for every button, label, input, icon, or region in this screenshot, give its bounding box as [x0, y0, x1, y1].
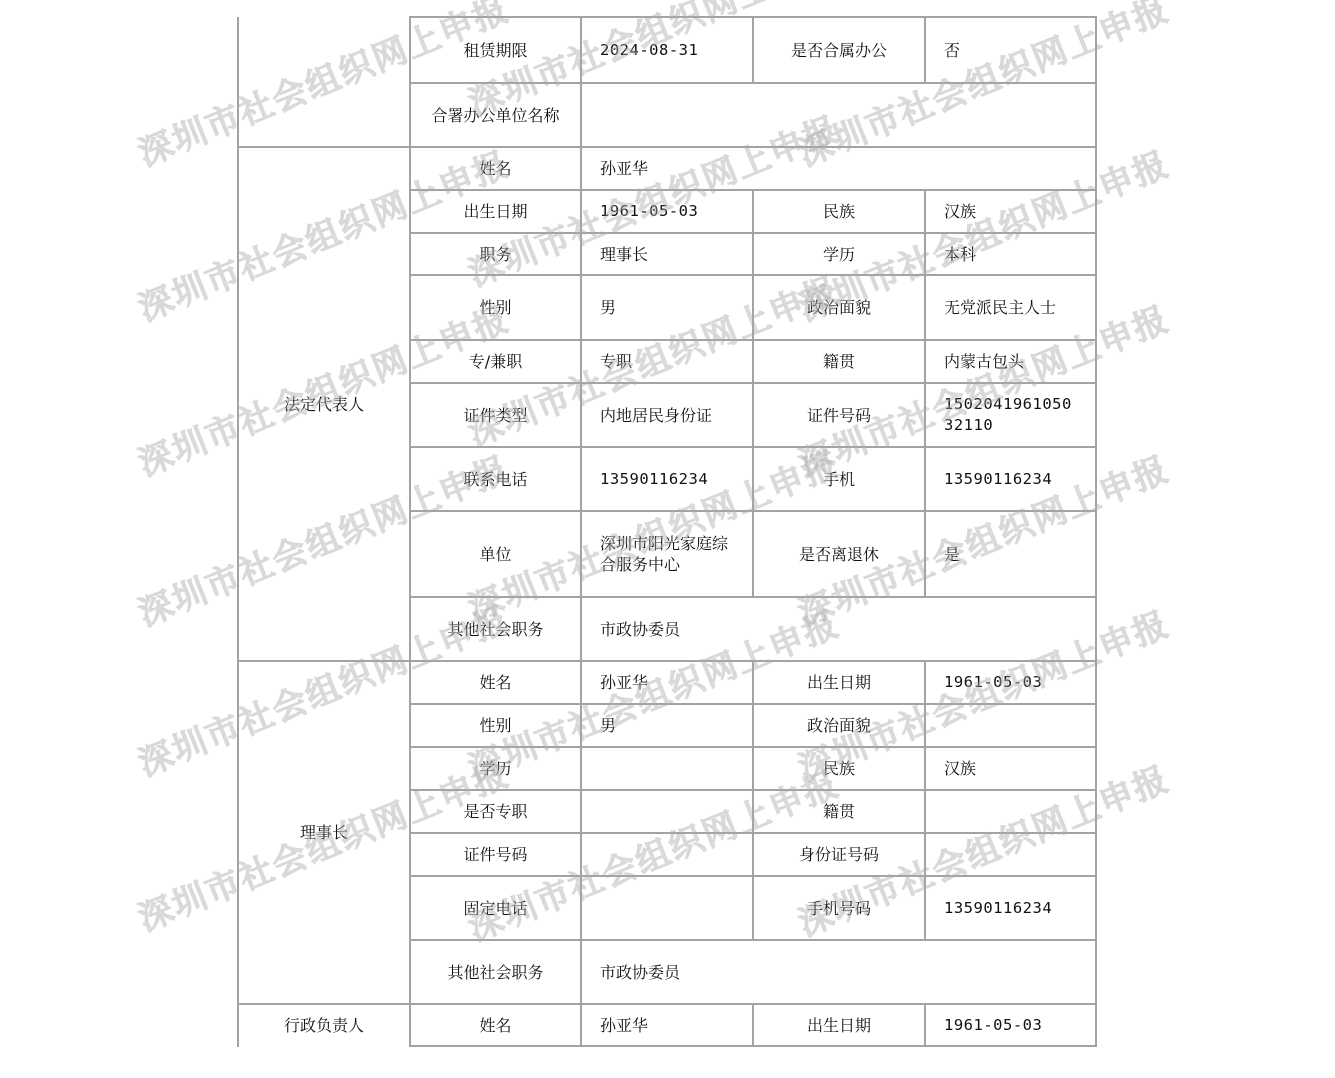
chairman-section-label: 理事长	[239, 662, 409, 1003]
chairman-cert-number-label: 证件号码	[411, 834, 580, 875]
legal-rep-fulltime-value: 专职	[582, 341, 752, 382]
chairman-ethnicity-label: 民族	[754, 748, 924, 789]
admin-head-name-value: 孙亚华	[582, 1005, 752, 1045]
legal-rep-birth-value: 1961-05-03	[582, 191, 752, 232]
chairman-origin-label: 籍贯	[754, 791, 924, 832]
admin-head-section-label: 行政负责人	[239, 1005, 409, 1045]
chairman-other-roles-value: 市政协委员	[582, 941, 1095, 1003]
chairman-origin-value	[926, 791, 1095, 832]
legal-rep-name-value: 孙亚华	[582, 148, 1095, 189]
chairman-name-value: 孙亚华	[582, 662, 752, 703]
table-row-divider	[409, 446, 1097, 448]
legal-rep-phone-value: 13590116234	[582, 448, 752, 510]
legal-rep-employer-label: 单位	[411, 512, 580, 596]
chairman-name-label: 姓名	[411, 662, 580, 703]
shared-unit-name-value	[582, 84, 1095, 146]
admin-head-birth-label: 出生日期	[754, 1005, 924, 1045]
table-row-divider	[409, 939, 1097, 941]
legal-rep-ethnicity-value: 汉族	[926, 191, 1095, 232]
table-section-divider	[237, 146, 1097, 148]
lease-term-value: 2024-08-31	[582, 18, 752, 82]
table-row-divider	[409, 789, 1097, 791]
table-border-left	[237, 17, 239, 1047]
legal-rep-gender-label: 性别	[411, 276, 580, 339]
table-row-divider	[409, 875, 1097, 877]
table-row-divider	[409, 832, 1097, 834]
legal-rep-retired-value: 是	[926, 512, 1095, 596]
table-col-divider	[752, 17, 754, 83]
chairman-landline-value	[582, 877, 752, 939]
legal-rep-fulltime-label: 专/兼职	[411, 341, 580, 382]
chairman-gender-value: 男	[582, 705, 752, 746]
chairman-political-label: 政治面貌	[754, 705, 924, 746]
table-col-divider	[752, 190, 754, 598]
legal-rep-phone-label: 联系电话	[411, 448, 580, 510]
chairman-id-number-label: 身份证号码	[754, 834, 924, 875]
table-row-divider	[409, 1045, 1097, 1047]
legal-rep-origin-value: 内蒙古包头	[926, 341, 1095, 382]
chairman-gender-label: 性别	[411, 705, 580, 746]
legal-rep-political-label: 政治面貌	[754, 276, 924, 339]
table-section-divider	[237, 1003, 1097, 1005]
legal-rep-position-label: 职务	[411, 234, 580, 274]
legal-rep-mobile-label: 手机	[754, 448, 924, 510]
table-row-divider	[409, 596, 1097, 598]
legal-rep-origin-label: 籍贯	[754, 341, 924, 382]
chairman-id-number-value	[926, 834, 1095, 875]
table-col-divider	[924, 190, 926, 598]
legal-rep-id-type-value: 内地居民身份证	[582, 384, 752, 446]
legal-rep-other-roles-label: 其他社会职务	[411, 598, 580, 660]
legal-rep-name-label: 姓名	[411, 148, 580, 189]
shared-office-value: 否	[926, 18, 1095, 82]
chairman-education-value	[582, 748, 752, 789]
table-row-divider	[409, 232, 1097, 234]
shared-unit-name-label: 合署办公单位名称	[411, 84, 580, 146]
legal-rep-id-type-label: 证件类型	[411, 384, 580, 446]
table-row-divider	[409, 16, 1097, 18]
table-row-divider	[409, 189, 1097, 191]
chairman-other-roles-label: 其他社会职务	[411, 941, 580, 1003]
legal-rep-section-label: 法定代表人	[239, 148, 409, 660]
table-row-divider	[409, 339, 1097, 341]
chairman-fulltime-label: 是否专职	[411, 791, 580, 832]
chairman-education-label: 学历	[411, 748, 580, 789]
table-section-divider	[237, 660, 1097, 662]
chairman-ethnicity-value: 汉族	[926, 748, 1095, 789]
lease-term-label: 租赁期限	[411, 18, 580, 82]
legal-rep-employer-value: 深圳市阳光家庭综合服务中心	[582, 512, 752, 596]
table-row-divider	[409, 510, 1097, 512]
chairman-landline-label: 固定电话	[411, 877, 580, 939]
legal-rep-mobile-value: 13590116234	[926, 448, 1095, 510]
table-border-right	[1095, 17, 1097, 1047]
registration-form-sheet: 深圳市社会组织网上申报 深圳市社会组织网上申报 深圳市社会组织网上申报 深圳市社…	[0, 0, 1335, 1078]
table-row-divider	[409, 82, 1097, 84]
admin-head-name-label: 姓名	[411, 1005, 580, 1045]
legal-rep-retired-label: 是否离退休	[754, 512, 924, 596]
table-col-divider	[580, 17, 582, 1047]
chairman-birth-value: 1961-05-03	[926, 662, 1095, 703]
table-col-divider	[924, 17, 926, 83]
table-row-divider	[409, 274, 1097, 276]
legal-rep-id-number-label: 证件号码	[754, 384, 924, 446]
legal-rep-education-label: 学历	[754, 234, 924, 274]
table-col-divider	[752, 1004, 754, 1047]
table-col-divider	[409, 17, 411, 1047]
legal-rep-education-value: 本科	[926, 234, 1095, 274]
chairman-fulltime-value	[582, 791, 752, 832]
shared-office-label: 是否合属办公	[754, 18, 924, 82]
table-row-divider	[409, 703, 1097, 705]
chairman-cert-number-value	[582, 834, 752, 875]
table-row-divider	[409, 746, 1097, 748]
table-col-divider	[924, 1004, 926, 1047]
legal-rep-political-value: 无党派民主人士	[926, 276, 1095, 339]
legal-rep-position-value: 理事长	[582, 234, 752, 274]
chairman-birth-label: 出生日期	[754, 662, 924, 703]
legal-rep-ethnicity-label: 民族	[754, 191, 924, 232]
legal-rep-id-number-value: 150204196105032110	[926, 384, 1095, 446]
legal-rep-birth-label: 出生日期	[411, 191, 580, 232]
chairman-mobile-value: 13590116234	[926, 877, 1095, 939]
legal-rep-other-roles-value: 市政协委员	[582, 598, 1095, 660]
admin-head-birth-value: 1961-05-03	[926, 1005, 1095, 1045]
legal-rep-gender-value: 男	[582, 276, 752, 339]
chairman-political-value	[926, 705, 1095, 746]
chairman-mobile-label: 手机号码	[754, 877, 924, 939]
table-row-divider	[409, 382, 1097, 384]
